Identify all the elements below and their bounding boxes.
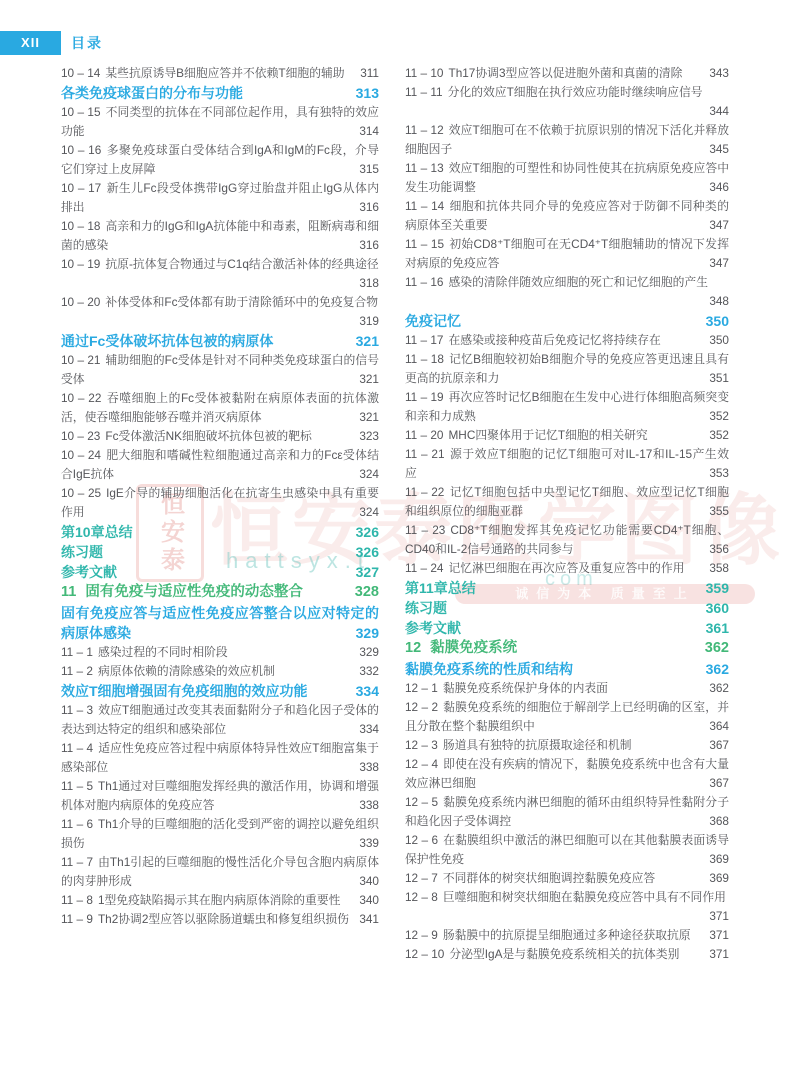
toc-item-number: 11 – 9 bbox=[61, 912, 93, 926]
toc-entry: 11 – 16感染的清除伴随效应细胞的死亡和记忆细胞的产生348 bbox=[405, 273, 729, 311]
toc-item-title: 感染过程的不同时相阶段 bbox=[98, 645, 228, 659]
toc-item-number: 10 – 21 bbox=[61, 353, 100, 367]
page-header: XII 目录 bbox=[0, 31, 103, 55]
toc-item-title: 初始CD8⁺T细胞可在无CD4⁺T细胞辅助的情况下发挥对病原的免疫应答 bbox=[405, 237, 729, 270]
toc-item-number: 12 bbox=[405, 640, 421, 656]
toc-item-page: 360 bbox=[706, 598, 729, 618]
toc-item-number: 10 – 19 bbox=[61, 257, 100, 271]
toc-item-title: 黏膜免疫系统的细胞位于解剖学上已经明确的区室，并且分散在整个黏膜组织中 bbox=[405, 700, 729, 733]
toc-item-title: 分化的效应T细胞在执行效应功能时继续响应信号 bbox=[448, 85, 703, 99]
toc-item-number: 11 – 19 bbox=[405, 390, 444, 404]
toc-item-page: 368 bbox=[709, 812, 729, 831]
toc-chapter-heading: 12黏膜免疫系统362 bbox=[405, 638, 729, 659]
toc-item-page: 321 bbox=[359, 408, 379, 427]
toc-entry: 11 – 21源于效应T细胞的记忆T细胞可对IL-17和IL-15产生效应353 bbox=[405, 445, 729, 483]
toc-item-number: 11 – 3 bbox=[61, 703, 93, 717]
toc-item-title: 即使在没有疾病的情况下，黏膜免疫系统中也含有大量效应淋巴细胞 bbox=[405, 757, 729, 790]
toc-item-page: 352 bbox=[709, 407, 729, 426]
toc-item-number: 11 – 21 bbox=[405, 447, 445, 461]
toc-item-title: 病原体依赖的清除感染的效应机制 bbox=[98, 664, 275, 678]
toc-column-right: 11 – 10Th17协调3型应答以促进胞外菌和真菌的清除34311 – 11分… bbox=[405, 64, 729, 964]
toc-item-title: 不同群体的树突状细胞调控黏膜免疫应答 bbox=[443, 871, 655, 885]
toc-item-title: 分泌型IgA是与黏膜免疫系统相关的抗体类别 bbox=[449, 947, 679, 961]
toc-entry: 11 – 9Th2协调2型应答以驱除肠道蠕虫和修复组织损伤341 bbox=[61, 910, 379, 929]
toc-entry: 11 – 13效应T细胞的可塑性和协同性使其在抗病原免疫应答中发生功能调整346 bbox=[405, 159, 729, 197]
toc-item-page: 334 bbox=[356, 681, 379, 701]
toc-entry: 11 – 18记忆B细胞较初始B细胞介导的免疫应答更迅速且具有更高的抗原亲和力3… bbox=[405, 350, 729, 388]
toc-entry: 11 – 23CD8⁺T细胞发挥其免疫记忆功能需要CD4⁺T细胞、CD40和IL… bbox=[405, 521, 729, 559]
toc-entry: 11 – 12效应T细胞可在不依赖于抗原识别的情况下活化并释放细胞因子345 bbox=[405, 121, 729, 159]
toc-item-title: 参考文献 bbox=[61, 564, 117, 580]
toc-item-title: MHC四聚体用于记忆T细胞的相关研究 bbox=[448, 428, 647, 442]
toc-item-title: 1型免疫缺陷揭示其在胞内病原体消除的重要性 bbox=[98, 893, 341, 907]
toc-item-number: 11 – 23 bbox=[405, 523, 445, 537]
toc-item-number: 10 – 15 bbox=[61, 105, 101, 119]
toc-chapter-heading: 11固有免疫与适应性免疫的动态整合328 bbox=[61, 582, 379, 603]
toc-item-page: 326 bbox=[356, 542, 379, 562]
toc-item-number: 12 – 6 bbox=[405, 833, 438, 847]
toc-item-number: 11 – 12 bbox=[405, 123, 444, 137]
toc-item-title: 练习题 bbox=[405, 600, 447, 616]
toc-backmatter-item: 第10章总结326 bbox=[61, 522, 379, 542]
toc-item-title: 适应性免疫应答过程中病原体特异性效应T细胞富集于感染部位 bbox=[61, 741, 379, 774]
toc-item-title: 肠道具有独特的抗原摄取途径和机制 bbox=[443, 738, 632, 752]
toc-item-title: 记忆B细胞较初始B细胞介导的免疫应答更迅速且具有更高的抗原亲和力 bbox=[405, 352, 729, 385]
toc-entry: 11 – 15初始CD8⁺T细胞可在无CD4⁺T细胞辅助的情况下发挥对病原的免疫… bbox=[405, 235, 729, 273]
toc-item-number: 12 – 7 bbox=[405, 871, 438, 885]
toc-item-page: 340 bbox=[359, 872, 379, 891]
toc-item-page: 315 bbox=[359, 160, 379, 179]
toc-item-number: 11 – 8 bbox=[61, 893, 93, 907]
toc-item-title: Fc受体激活NK细胞破坏抗体包被的靶标 bbox=[105, 429, 311, 443]
toc-column-left: 10 – 14某些抗原诱导B细胞应答并不依赖T细胞的辅助311各类免疫球蛋白的分… bbox=[61, 64, 379, 964]
toc-item-title: 在感染或接种疫苗后免疫记忆将持续存在 bbox=[448, 333, 660, 347]
toc-item-title: Th1介导的巨噬细胞的活化受到严密的调控以避免组织损伤 bbox=[61, 817, 379, 850]
toc-entry: 11 – 17在感染或接种疫苗后免疫记忆将持续存在350 bbox=[405, 331, 729, 350]
toc-item-page: 323 bbox=[359, 427, 379, 446]
toc-item-number: 10 – 20 bbox=[61, 295, 100, 309]
toc-backmatter-item: 练习题326 bbox=[61, 542, 379, 562]
toc-item-number: 12 – 8 bbox=[405, 890, 438, 904]
toc-item-title: 黏膜免疫系统内淋巴细胞的循环由组织特异性黏附分子和趋化因子受体调控 bbox=[405, 795, 729, 828]
toc-item-number: 11 – 14 bbox=[405, 199, 444, 213]
toc-entry: 11 – 19再次应答时记忆B细胞在生发中心进行体细胞高频突变和亲和力成熟352 bbox=[405, 388, 729, 426]
toc-entry: 11 – 2病原体依赖的清除感染的效应机制332 bbox=[61, 662, 379, 681]
toc-section-heading: 固有免疫应答与适应性免疫应答整合以应对特定的病原体感染329 bbox=[61, 603, 379, 643]
toc-item-number: 11 – 22 bbox=[405, 485, 444, 499]
toc-item-number: 12 – 4 bbox=[405, 757, 438, 771]
toc-item-title: 肥大细胞和嗜碱性粒细胞通过高亲和力的Fcε受体结合IgE抗体 bbox=[61, 448, 379, 481]
toc-item-page: 345 bbox=[709, 140, 729, 159]
toc-item-page: 346 bbox=[709, 178, 729, 197]
toc-entry: 10 – 24肥大细胞和嗜碱性粒细胞通过高亲和力的Fcε受体结合IgE抗体324 bbox=[61, 446, 379, 484]
toc-entry: 12 – 10分泌型IgA是与黏膜免疫系统相关的抗体类别371 bbox=[405, 945, 729, 964]
toc-item-number: 11 – 20 bbox=[405, 428, 443, 442]
toc-entry: 10 – 14某些抗原诱导B细胞应答并不依赖T细胞的辅助311 bbox=[61, 64, 379, 83]
toc-item-page: 371 bbox=[709, 945, 729, 964]
toc-entry: 11 – 10Th17协调3型应答以促进胞外菌和真菌的清除343 bbox=[405, 64, 729, 83]
toc-entry: 11 – 6Th1介导的巨噬细胞的活化受到严密的调控以避免组织损伤339 bbox=[61, 815, 379, 853]
toc-entry: 10 – 19抗原-抗体复合物通过与C1q结合激活补体的经典途径318 bbox=[61, 255, 379, 293]
toc-entry: 10 – 18高亲和力的IgG和IgA抗体能中和毒素，阻断病毒和细菌的感染316 bbox=[61, 217, 379, 255]
toc-item-page: 359 bbox=[706, 578, 729, 598]
toc-item-number: 12 – 9 bbox=[405, 928, 438, 942]
toc-entry: 11 – 22记忆T细胞包括中央型记忆T细胞、效应型记忆T细胞和组织原位的细胞亚… bbox=[405, 483, 729, 521]
toc-item-page: 316 bbox=[359, 198, 379, 217]
toc-item-page: 367 bbox=[709, 774, 729, 793]
toc-item-number: 10 – 25 bbox=[61, 486, 101, 500]
toc-item-page: 352 bbox=[709, 426, 729, 445]
toc-backmatter-item: 参考文献327 bbox=[61, 562, 379, 582]
toc-item-title: 再次应答时记忆B细胞在生发中心进行体细胞高频突变和亲和力成熟 bbox=[405, 390, 729, 423]
toc-item-page: 344 bbox=[709, 102, 729, 121]
toc-item-page: 324 bbox=[359, 503, 379, 522]
toc-item-title: IgE介导的辅助细胞活化在抗寄生虫感染中具有重要作用 bbox=[61, 486, 379, 519]
toc-item-page: 314 bbox=[359, 122, 379, 141]
toc-item-number: 11 – 24 bbox=[405, 561, 443, 575]
toc-item-title: 各类免疫球蛋白的分布与功能 bbox=[61, 85, 243, 101]
toc-item-title: 抗原-抗体复合物通过与C1q结合激活补体的经典途径 bbox=[105, 257, 378, 271]
toc-item-title: 第10章总结 bbox=[61, 524, 133, 540]
toc-item-title: 高亲和力的IgG和IgA抗体能中和毒素，阻断病毒和细菌的感染 bbox=[61, 219, 379, 252]
toc-section-heading: 黏膜免疫系统的性质和结构362 bbox=[405, 659, 729, 679]
toc-entry: 12 – 6在黏膜组织中激活的淋巴细胞可以在其他黏膜表面诱导保护性免疫369 bbox=[405, 831, 729, 869]
toc-item-page: 328 bbox=[355, 582, 379, 603]
toc-entry: 10 – 25IgE介导的辅助细胞活化在抗寄生虫感染中具有重要作用324 bbox=[61, 484, 379, 522]
toc-item-number: 11 – 17 bbox=[405, 333, 443, 347]
toc-entry: 12 – 5黏膜免疫系统内淋巴细胞的循环由组织特异性黏附分子和趋化因子受体调控3… bbox=[405, 793, 729, 831]
toc-item-number: 12 – 10 bbox=[405, 947, 444, 961]
toc-item-page: 371 bbox=[709, 926, 729, 945]
toc-entry: 10 – 20补体受体和Fc受体都有助于清除循环中的免疫复合物319 bbox=[61, 293, 379, 331]
toc-item-title: 吞噬细胞上的Fc受体被黏附在病原体表面的抗体激活，使吞噬细胞能够吞噬并消灭病原体 bbox=[61, 391, 379, 424]
toc-section-heading: 通过Fc受体破坏抗体包被的病原体321 bbox=[61, 331, 379, 351]
toc-item-page: 371 bbox=[709, 907, 729, 926]
toc-item-page: 321 bbox=[356, 331, 379, 351]
toc-item-number: 11 – 6 bbox=[61, 817, 93, 831]
toc-entry: 10 – 22吞噬细胞上的Fc受体被黏附在病原体表面的抗体激活，使吞噬细胞能够吞… bbox=[61, 389, 379, 427]
toc-item-page: 362 bbox=[706, 659, 729, 679]
toc-item-page: 316 bbox=[359, 236, 379, 255]
toc-item-number: 10 – 16 bbox=[61, 143, 101, 157]
toc-item-title: 通过Fc受体破坏抗体包被的病原体 bbox=[61, 333, 273, 349]
toc-item-title: 黏膜免疫系统的性质和结构 bbox=[405, 661, 573, 677]
toc-item-page: 367 bbox=[709, 736, 729, 755]
toc-item-title: 效应T细胞的可塑性和协同性使其在抗病原免疫应答中发生功能调整 bbox=[405, 161, 729, 194]
toc-item-page: 339 bbox=[359, 834, 379, 853]
toc-entry: 10 – 16多聚免疫球蛋白受体结合到IgA和IgM的Fc段，介导它们穿过上皮屏… bbox=[61, 141, 379, 179]
toc-item-title: CD8⁺T细胞发挥其免疫记忆功能需要CD4⁺T细胞、CD40和IL-2信号通路的… bbox=[405, 523, 729, 556]
toc-item-number: 12 – 2 bbox=[405, 700, 438, 714]
toc-item-page: 329 bbox=[356, 623, 379, 643]
toc-entry: 10 – 15不同类型的抗体在不同部位起作用，具有独特的效应功能314 bbox=[61, 103, 379, 141]
toc-item-number: 11 – 1 bbox=[61, 645, 93, 659]
running-title: 目录 bbox=[71, 33, 103, 53]
toc-section-heading: 免疫记忆350 bbox=[405, 311, 729, 331]
toc-item-page: 353 bbox=[709, 464, 729, 483]
toc-item-title: 参考文献 bbox=[405, 620, 461, 636]
toc-item-page: 313 bbox=[356, 83, 379, 103]
toc-entry: 11 – 3效应T细胞通过改变其表面黏附分子和趋化因子受体的表达到达特定的组织和… bbox=[61, 701, 379, 739]
toc-item-title: 感染的清除伴随效应细胞的死亡和记忆细胞的产生 bbox=[448, 275, 708, 289]
toc-item-page: 318 bbox=[359, 274, 379, 293]
toc-item-title: 练习题 bbox=[61, 544, 103, 560]
book-toc-page: 恒安泰 恒安泰医学图像 hattsyx.t com 诚信为本 质量至上 XII … bbox=[0, 0, 790, 1072]
toc-item-number: 11 – 13 bbox=[405, 161, 444, 175]
toc-entry: 11 – 4适应性免疫应答过程中病原体特异性效应T细胞富集于感染部位338 bbox=[61, 739, 379, 777]
toc-item-title: 固有免疫应答与适应性免疫应答整合以应对特定的病原体感染 bbox=[61, 605, 379, 641]
toc-item-title: 效应T细胞可在不依赖于抗原识别的情况下活化并释放细胞因子 bbox=[405, 123, 729, 156]
toc-item-number: 12 – 3 bbox=[405, 738, 438, 752]
toc-entry: 12 – 9肠黏膜中的抗原提呈细胞通过多种途径获取抗原371 bbox=[405, 926, 729, 945]
toc-item-page: 347 bbox=[709, 254, 729, 273]
toc-item-title: 肠黏膜中的抗原提呈细胞通过多种途径获取抗原 bbox=[443, 928, 691, 942]
toc-entry: 12 – 8巨噬细胞和树突状细胞在黏膜免疫应答中具有不同作用371 bbox=[405, 888, 729, 926]
toc-item-page: 364 bbox=[709, 717, 729, 736]
toc-item-title: 在黏膜组织中激活的淋巴细胞可以在其他黏膜表面诱导保护性免疫 bbox=[405, 833, 729, 866]
toc-item-number: 10 – 18 bbox=[61, 219, 100, 233]
toc-item-title: 新生儿Fc段受体携带IgG穿过胎盘并阻止IgG从体内排出 bbox=[61, 181, 379, 214]
toc-item-number: 11 – 11 bbox=[405, 85, 443, 99]
toc-section-heading: 效应T细胞增强固有免疫细胞的效应功能334 bbox=[61, 681, 379, 701]
toc-item-page: 311 bbox=[360, 64, 379, 83]
toc-entry: 12 – 4即使在没有疾病的情况下，黏膜免疫系统中也含有大量效应淋巴细胞367 bbox=[405, 755, 729, 793]
toc-item-title: 某些抗原诱导B细胞应答并不依赖T细胞的辅助 bbox=[105, 66, 344, 80]
toc-item-title: 黏膜免疫系统保护身体的内表面 bbox=[443, 681, 608, 695]
toc-entry: 11 – 81型免疫缺陷揭示其在胞内病原体消除的重要性340 bbox=[61, 891, 379, 910]
toc-item-title: Th1通过对巨噬细胞发挥经典的激活作用，协调和增强机体对胞内病原体的免疫应答 bbox=[61, 779, 379, 812]
toc-item-number: 10 – 22 bbox=[61, 391, 101, 405]
toc-columns: 10 – 14某些抗原诱导B细胞应答并不依赖T细胞的辅助311各类免疫球蛋白的分… bbox=[61, 64, 729, 964]
toc-item-page: 341 bbox=[359, 910, 379, 929]
toc-entry: 12 – 1黏膜免疫系统保护身体的内表面362 bbox=[405, 679, 729, 698]
toc-item-page: 362 bbox=[705, 638, 729, 659]
toc-item-number: 11 bbox=[61, 584, 76, 600]
toc-item-number: 11 – 7 bbox=[61, 855, 93, 869]
toc-entry: 10 – 21辅助细胞的Fc受体是针对不同种类免疫球蛋白的信号受体321 bbox=[61, 351, 379, 389]
toc-item-page: 362 bbox=[709, 679, 729, 698]
toc-entry: 11 – 20MHC四聚体用于记忆T细胞的相关研究352 bbox=[405, 426, 729, 445]
toc-entry: 11 – 11分化的效应T细胞在执行效应功能时继续响应信号344 bbox=[405, 83, 729, 121]
toc-item-title: 记忆淋巴细胞在再次应答及重复应答中的作用 bbox=[448, 561, 684, 575]
toc-item-page: 348 bbox=[709, 292, 729, 311]
toc-item-number: 11 – 10 bbox=[405, 66, 443, 80]
toc-item-page: 351 bbox=[709, 369, 729, 388]
toc-item-page: 329 bbox=[359, 643, 379, 662]
toc-item-page: 361 bbox=[706, 618, 729, 638]
toc-item-page: 343 bbox=[709, 64, 729, 83]
toc-item-title: 效应T细胞增强固有免疫细胞的效应功能 bbox=[61, 683, 308, 699]
toc-item-page: 332 bbox=[359, 662, 379, 681]
folio-page-number: XII bbox=[0, 31, 61, 55]
toc-item-title: 细胞和抗体共同介导的免疫应答对于防御不同种类的病原体至关重要 bbox=[405, 199, 729, 232]
toc-item-title: 巨噬细胞和树突状细胞在黏膜免疫应答中具有不同作用 bbox=[443, 890, 726, 904]
toc-item-title: 黏膜免疫系统 bbox=[430, 640, 517, 656]
toc-item-page: 338 bbox=[359, 796, 379, 815]
toc-entry: 11 – 14细胞和抗体共同介导的免疫应答对于防御不同种类的病原体至关重要347 bbox=[405, 197, 729, 235]
toc-item-page: 327 bbox=[356, 562, 379, 582]
toc-item-number: 11 – 4 bbox=[61, 741, 93, 755]
toc-item-number: 11 – 2 bbox=[61, 664, 93, 678]
toc-item-page: 355 bbox=[709, 502, 729, 521]
toc-item-page: 356 bbox=[709, 540, 729, 559]
toc-item-page: 358 bbox=[709, 559, 729, 578]
toc-item-number: 10 – 14 bbox=[61, 66, 100, 80]
toc-item-title: 源于效应T细胞的记忆T细胞可对IL-17和IL-15产生效应 bbox=[405, 447, 729, 480]
toc-entry: 11 – 7由Th1引起的巨噬细胞的慢性活化介导包含胞内病原体的肉芽肿形成340 bbox=[61, 853, 379, 891]
toc-item-page: 347 bbox=[709, 216, 729, 235]
toc-item-number: 12 – 5 bbox=[405, 795, 438, 809]
toc-item-number: 11 – 16 bbox=[405, 275, 443, 289]
toc-item-title: 效应T细胞通过改变其表面黏附分子和趋化因子受体的表达到达特定的组织和感染部位 bbox=[61, 703, 379, 736]
toc-item-page: 350 bbox=[706, 311, 729, 331]
toc-backmatter-item: 第11章总结359 bbox=[405, 578, 729, 598]
toc-entry: 11 – 24记忆淋巴细胞在再次应答及重复应答中的作用358 bbox=[405, 559, 729, 578]
toc-item-number: 10 – 24 bbox=[61, 448, 101, 462]
toc-item-title: 不同类型的抗体在不同部位起作用，具有独特的效应功能 bbox=[61, 105, 379, 138]
toc-entry: 10 – 23Fc受体激活NK细胞破坏抗体包被的靶标323 bbox=[61, 427, 379, 446]
toc-entry: 12 – 2黏膜免疫系统的细胞位于解剖学上已经明确的区室，并且分散在整个黏膜组织… bbox=[405, 698, 729, 736]
toc-item-page: 369 bbox=[709, 850, 729, 869]
toc-entry: 11 – 5Th1通过对巨噬细胞发挥经典的激活作用，协调和增强机体对胞内病原体的… bbox=[61, 777, 379, 815]
toc-item-number: 11 – 15 bbox=[405, 237, 444, 251]
toc-item-title: 记忆T细胞包括中央型记忆T细胞、效应型记忆T细胞和组织原位的细胞亚群 bbox=[405, 485, 729, 518]
toc-item-page: 334 bbox=[359, 720, 379, 739]
toc-item-title: Th2协调2型应答以驱除肠道蠕虫和修复组织损伤 bbox=[98, 912, 349, 926]
toc-item-page: 321 bbox=[359, 370, 379, 389]
toc-item-page: 324 bbox=[359, 465, 379, 484]
toc-item-number: 11 – 5 bbox=[61, 779, 93, 793]
toc-item-page: 319 bbox=[359, 312, 379, 331]
toc-item-number: 12 – 1 bbox=[405, 681, 438, 695]
toc-backmatter-item: 参考文献361 bbox=[405, 618, 729, 638]
toc-item-page: 350 bbox=[709, 331, 729, 350]
toc-item-number: 10 – 17 bbox=[61, 181, 101, 195]
toc-backmatter-item: 练习题360 bbox=[405, 598, 729, 618]
toc-entry: 12 – 7不同群体的树突状细胞调控黏膜免疫应答369 bbox=[405, 869, 729, 888]
toc-item-title: Th17协调3型应答以促进胞外菌和真菌的清除 bbox=[448, 66, 682, 80]
toc-item-title: 第11章总结 bbox=[405, 580, 476, 596]
toc-item-page: 369 bbox=[709, 869, 729, 888]
toc-item-page: 340 bbox=[359, 891, 379, 910]
toc-section-heading: 各类免疫球蛋白的分布与功能313 bbox=[61, 83, 379, 103]
toc-item-title: 由Th1引起的巨噬细胞的慢性活化介导包含胞内病原体的肉芽肿形成 bbox=[61, 855, 379, 888]
toc-item-title: 补体受体和Fc受体都有助于清除循环中的免疫复合物 bbox=[105, 295, 378, 309]
toc-item-page: 338 bbox=[359, 758, 379, 777]
toc-entry: 10 – 17新生儿Fc段受体携带IgG穿过胎盘并阻止IgG从体内排出316 bbox=[61, 179, 379, 217]
toc-item-title: 固有免疫与适应性免疫的动态整合 bbox=[85, 584, 303, 600]
toc-item-title: 辅助细胞的Fc受体是针对不同种类免疫球蛋白的信号受体 bbox=[61, 353, 379, 386]
toc-item-title: 免疫记忆 bbox=[405, 313, 461, 329]
toc-item-number: 10 – 23 bbox=[61, 429, 100, 443]
toc-entry: 12 – 3肠道具有独特的抗原摄取途径和机制367 bbox=[405, 736, 729, 755]
toc-item-page: 326 bbox=[356, 522, 379, 542]
toc-item-title: 多聚免疫球蛋白受体结合到IgA和IgM的Fc段，介导它们穿过上皮屏障 bbox=[61, 143, 379, 176]
toc-item-number: 11 – 18 bbox=[405, 352, 444, 366]
toc-entry: 11 – 1感染过程的不同时相阶段329 bbox=[61, 643, 379, 662]
